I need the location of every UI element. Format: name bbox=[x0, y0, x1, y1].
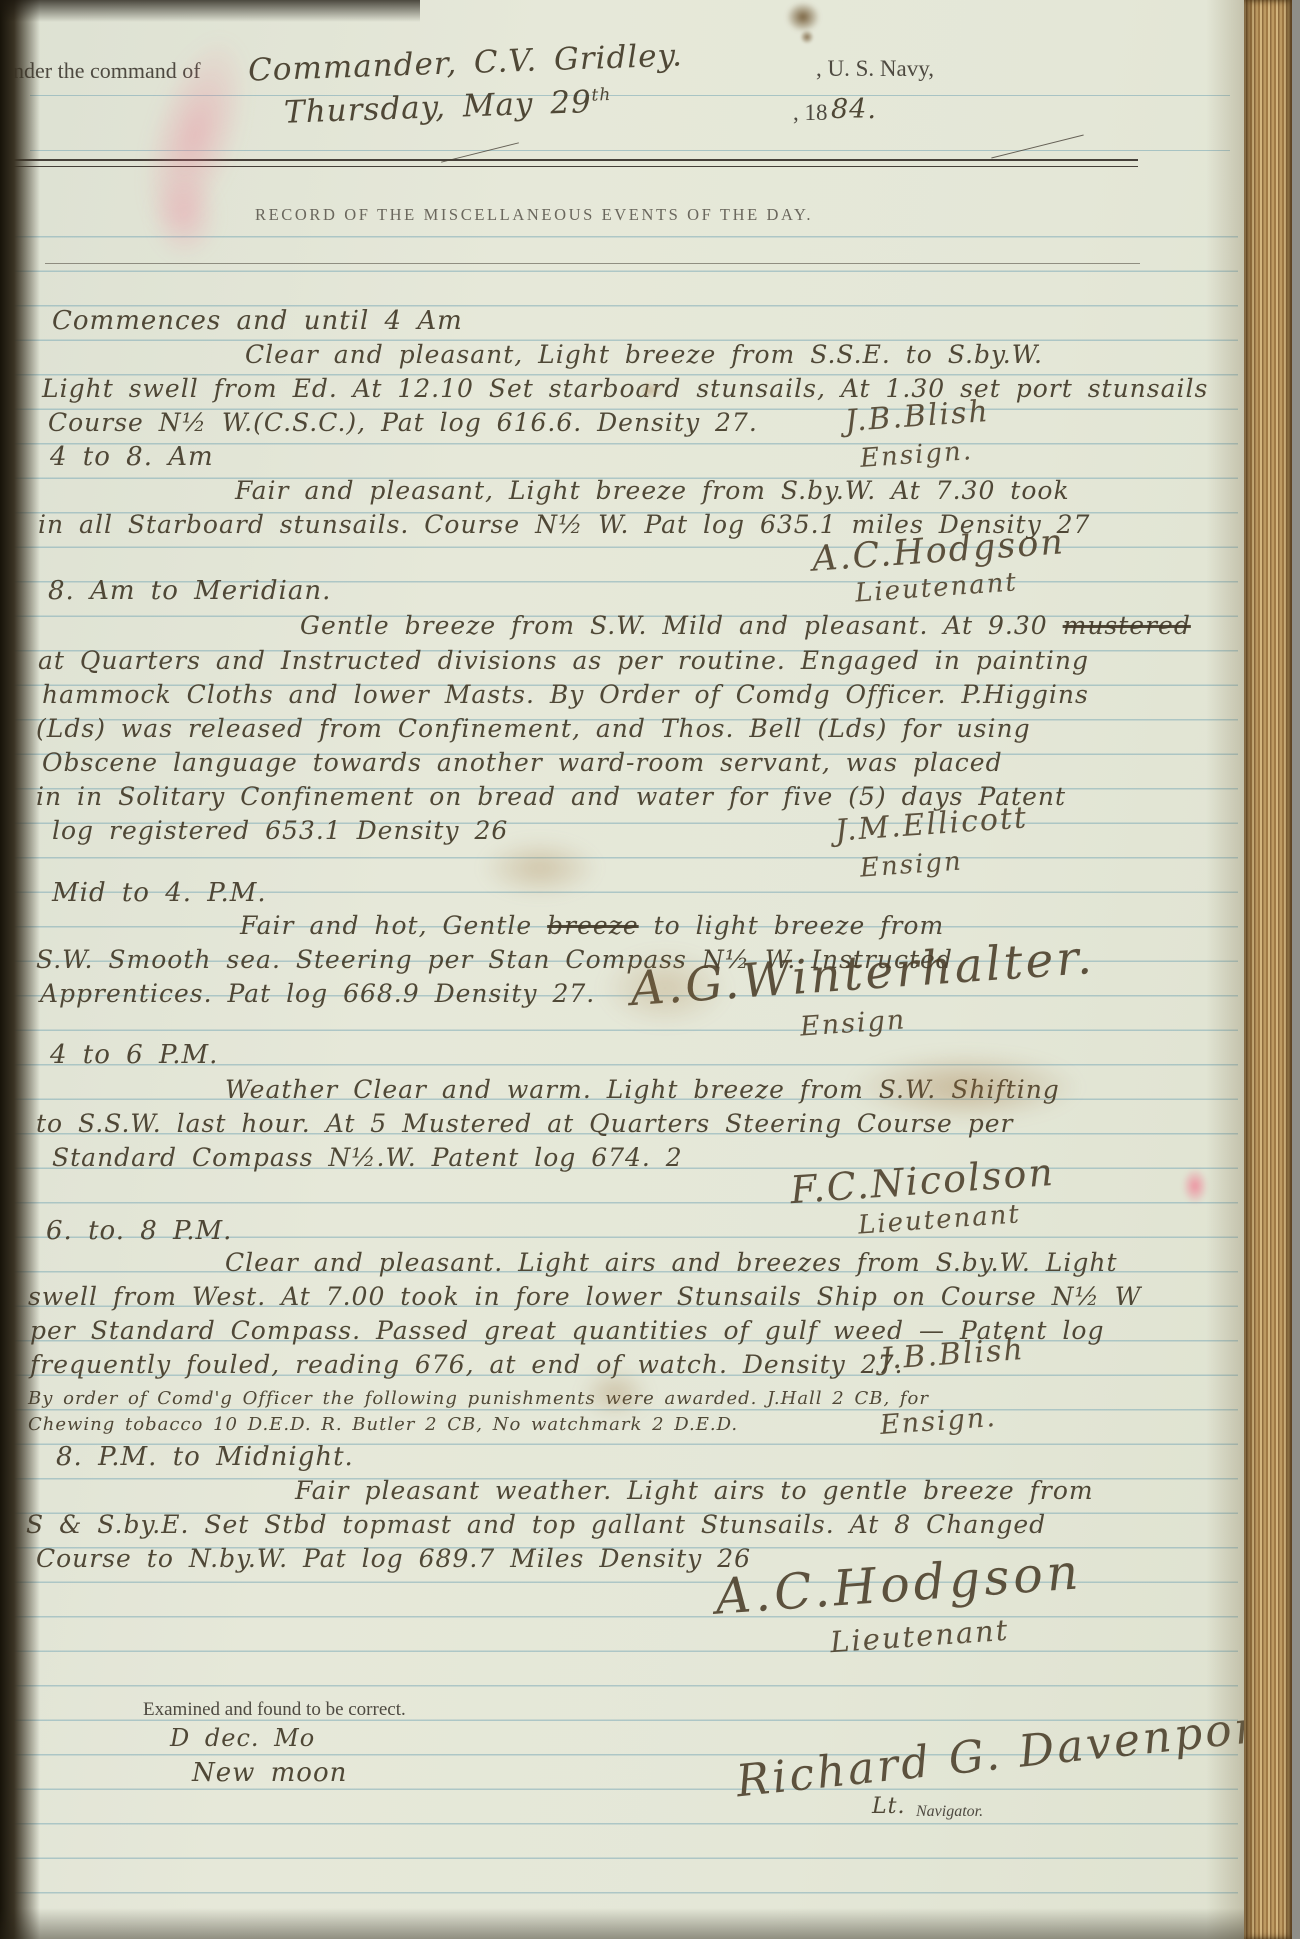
log-line: Fair and hot, Gentle breeze to light bre… bbox=[240, 913, 944, 938]
navigator-rank-handwritten: Lt. bbox=[872, 1796, 905, 1818]
log-line: Gentle breeze from S.W. Mild and pleasan… bbox=[300, 613, 1191, 638]
bottom-edge-shadow bbox=[0, 1908, 1244, 1939]
footer-note: D dec. Mo bbox=[170, 1726, 315, 1750]
log-line: Obscene language towards another ward-ro… bbox=[42, 750, 1003, 775]
watch-header: Commences and until 4 Am bbox=[52, 308, 463, 334]
log-line: Weather Clear and warm. Light breeze fro… bbox=[225, 1077, 1060, 1102]
double-rule bbox=[0, 159, 1138, 161]
book-page-edges bbox=[1244, 0, 1292, 1939]
log-line: swell from West. At 7.00 took in fore lo… bbox=[28, 1284, 1141, 1309]
log-text: Gentle breeze from S.W. Mild and pleasan… bbox=[300, 611, 1063, 640]
signature-rank: Ensign. bbox=[879, 1404, 997, 1439]
examined-printed-label: Examined and found to be correct. bbox=[143, 1700, 406, 1719]
watch-header: 8. P.M. to Midnight. bbox=[56, 1444, 354, 1470]
log-line: Course to N.by.W. Pat log 689.7 Miles De… bbox=[36, 1546, 751, 1571]
log-line: Course N½ W.(C.S.C.), Pat log 616.6. Den… bbox=[48, 410, 758, 435]
printed-navy-suffix: , U. S. Navy, bbox=[816, 57, 934, 80]
log-line: Clear and pleasant, Light breeze from S.… bbox=[245, 342, 1043, 367]
watch-header: 4 to 6 P.M. bbox=[50, 1042, 218, 1068]
signature-rank: Ensign. bbox=[859, 438, 974, 472]
printed-navigator-label: Navigator. bbox=[916, 1804, 983, 1820]
signature-rank: Ensign bbox=[799, 1006, 907, 1040]
year-handwritten: 84. bbox=[831, 96, 877, 123]
log-line: frequently fouled, reading 676, at end o… bbox=[30, 1352, 904, 1377]
printed-year-prefix: , 18 bbox=[793, 101, 828, 124]
top-edge-shadow bbox=[0, 0, 420, 22]
record-title: RECORD OF THE MISCELLANEOUS EVENTS OF TH… bbox=[255, 207, 813, 224]
log-line: to S.S.W. last hour. At 5 Mustered at Qu… bbox=[36, 1111, 1013, 1136]
log-line: Clear and pleasant. Light airs and breez… bbox=[225, 1250, 1118, 1275]
double-rule-lower bbox=[0, 166, 1138, 167]
body-top-rule bbox=[45, 263, 1140, 264]
log-line: in in Solitary Confinement on bread and … bbox=[36, 784, 1066, 809]
log-text: Fair and hot, Gentle bbox=[240, 911, 547, 940]
page-inner-shadow bbox=[1206, 0, 1244, 1939]
log-line: (Lds) was released from Confinement, and… bbox=[36, 716, 1031, 741]
watch-header: 6. to. 8 P.M. bbox=[46, 1218, 232, 1244]
log-line: Standard Compass N½.W. Patent log 674. 2 bbox=[52, 1145, 683, 1170]
punishment-note: By order of Comd'g Officer the following… bbox=[28, 1390, 929, 1408]
date-ordinal: th bbox=[591, 85, 612, 106]
log-line: hammock Cloths and lower Masts. By Order… bbox=[42, 682, 1089, 707]
log-line: Fair and pleasant, Light breeze from S.b… bbox=[235, 478, 1070, 503]
signature-rank: Ensign bbox=[859, 848, 963, 881]
log-line: log registered 653.1 Density 26 bbox=[52, 818, 508, 843]
header-rule-1 bbox=[30, 95, 1230, 96]
watch-header: Mid to 4. P.M. bbox=[52, 880, 267, 906]
watch-header: 4 to 8. Am bbox=[50, 444, 214, 470]
footer-note: New moon bbox=[192, 1760, 347, 1786]
log-line: at Quarters and Instructed divisions as … bbox=[38, 648, 1089, 673]
book-gutter bbox=[0, 0, 40, 1939]
logbook-photo: { "header": { "command_prefix": "under t… bbox=[0, 0, 1300, 1939]
struck-word: mustered bbox=[1063, 611, 1191, 640]
log-text: to light breeze from bbox=[639, 911, 945, 940]
header-rule-2 bbox=[30, 150, 1230, 151]
log-line: Fair pleasant weather. Light airs to gen… bbox=[295, 1478, 1094, 1503]
log-line: S & S.by.E. Set Stbd topmast and top gal… bbox=[26, 1512, 1046, 1537]
punishment-note: Chewing tobacco 10 D.E.D. R. Butler 2 CB… bbox=[28, 1416, 738, 1434]
log-line: Apprentices. Pat log 668.9 Density 27. bbox=[40, 981, 595, 1006]
log-line: Light swell from Ed. At 12.10 Set starbo… bbox=[42, 376, 1208, 401]
struck-word: breeze bbox=[547, 911, 639, 940]
watch-header: 8. Am to Meridian. bbox=[48, 578, 331, 604]
photo-backdrop bbox=[1292, 0, 1300, 1939]
